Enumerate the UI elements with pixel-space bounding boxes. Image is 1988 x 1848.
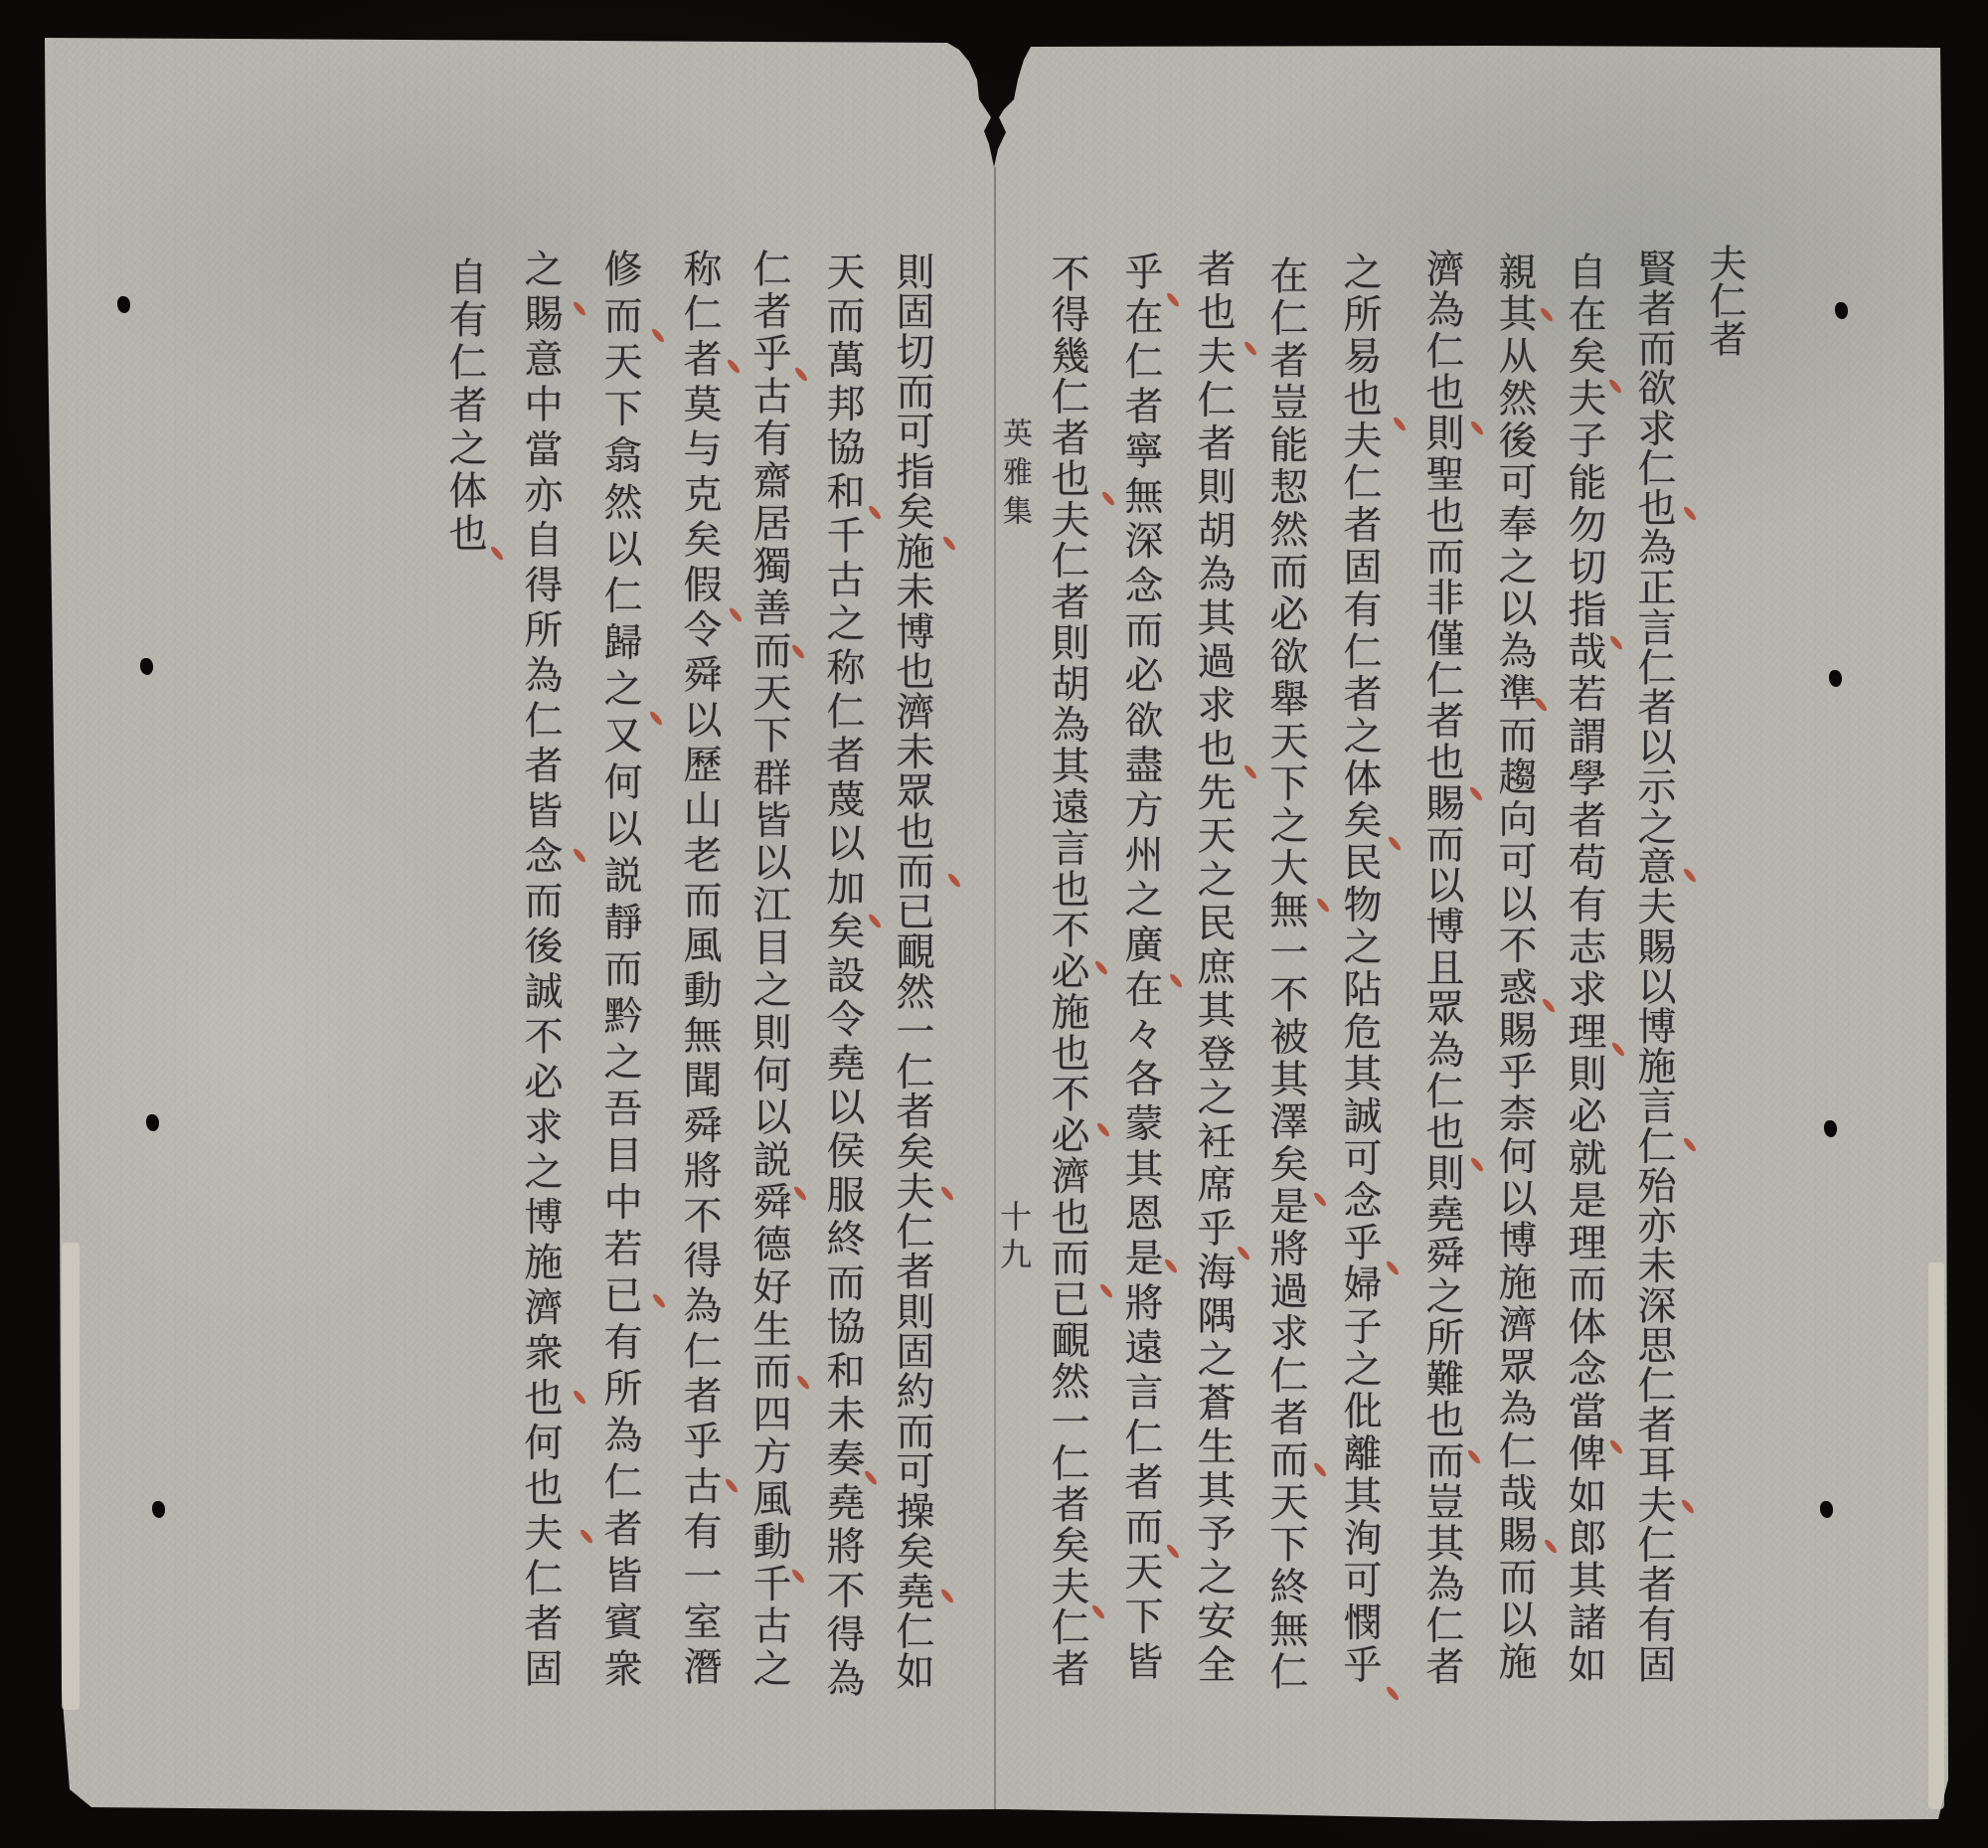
text-column: 則固切而可指矣施未博也濟未眾也而已靦然一仁者矣夫仁者則固約而可操矣堯仁如 [886, 252, 937, 1690]
binding-hole [140, 658, 153, 675]
binding-hole [152, 1501, 165, 1518]
text-column: 之所易也夫仁者固有仁者之体矣民物之阽危其誠可念乎婦子之仳離其洵可憫乎 [1333, 252, 1385, 1683]
text-column-closing: 自有仁者之体也 [438, 256, 490, 556]
text-column: 濟為仁也則聖也而非僅仁者也賜而以博且眾為仁也則堯舜之所難也而豈其為仁者 [1415, 249, 1467, 1685]
text-column: 天而萬邦協和千古之称仁者蔑以加矣設令堯以侯服終而協和未奏堯將不得為 [816, 252, 868, 1697]
text-column: 者也夫仁者則胡為其過求也先天之民庶其登之衽席乎海隅之蒼生其予之安全 [1187, 249, 1239, 1683]
text-column: 在仁者豈能恝然而必欲舉天下之大無一不被其澤矣是將過求仁者而天下終無仁 [1259, 255, 1311, 1690]
text-column: 之賜意中當亦自得所為仁者皆念而後誠不必求之博施濟衆也何也夫仁者固 [514, 249, 566, 1687]
binding-hole [1820, 1501, 1833, 1518]
left-edge-repair-strip [62, 1243, 80, 1710]
folio-number: 十九 [994, 1200, 1034, 1275]
binding-hole [1835, 302, 1848, 319]
binding-hole [1829, 670, 1842, 687]
margin-title-label: 英雅集 [994, 418, 1034, 534]
text-column: 乎在仁者寧無深念而必欲盡方州之廣在々各蒙其恩是將遠言仁者而天下皆 [1114, 252, 1166, 1680]
binding-hole [146, 1114, 159, 1131]
text-column: 自在矣夫子能勿切指哉若謂學者苟有志求理則必就是理而体念當俾如郎其諸如 [1558, 252, 1609, 1683]
text-column: 賢者而欲求仁也為正言仁者以示之意夫賜以博施言仁殆亦未深思仁者耳夫仁者有固 [1627, 249, 1679, 1683]
text-column: 不得幾仁者也夫仁者則胡為其遠言也不必施也不必濟也而已靦然一仁者矣夫仁者 [1041, 253, 1092, 1687]
binding-hole [1824, 1120, 1837, 1137]
right-edge-repair-strip [1928, 1262, 1944, 1809]
text-column: 修而天下翕然以仁歸之又何以説靜而黔之吾目中若已有所為仁者皆賓衆 [593, 249, 645, 1687]
text-column: 仁者乎古有齋居獨善而天下群皆以江目之則何以説舜德好生而四方風動千古之 [743, 249, 794, 1687]
section-heading: 夫仁者 [1699, 244, 1750, 357]
binding-hole [117, 296, 130, 313]
center-fold-line [994, 167, 996, 1809]
text-column: 称仁者莫与克矣假令舜以歷山老而風動無聞舜將不得為仁者乎古有一室潛 [673, 249, 725, 1685]
text-column: 親其从然後可奉之以為準而趨向可以不惑賜乎柰何以博施濟眾為仁哉賜而以施 [1488, 252, 1540, 1680]
